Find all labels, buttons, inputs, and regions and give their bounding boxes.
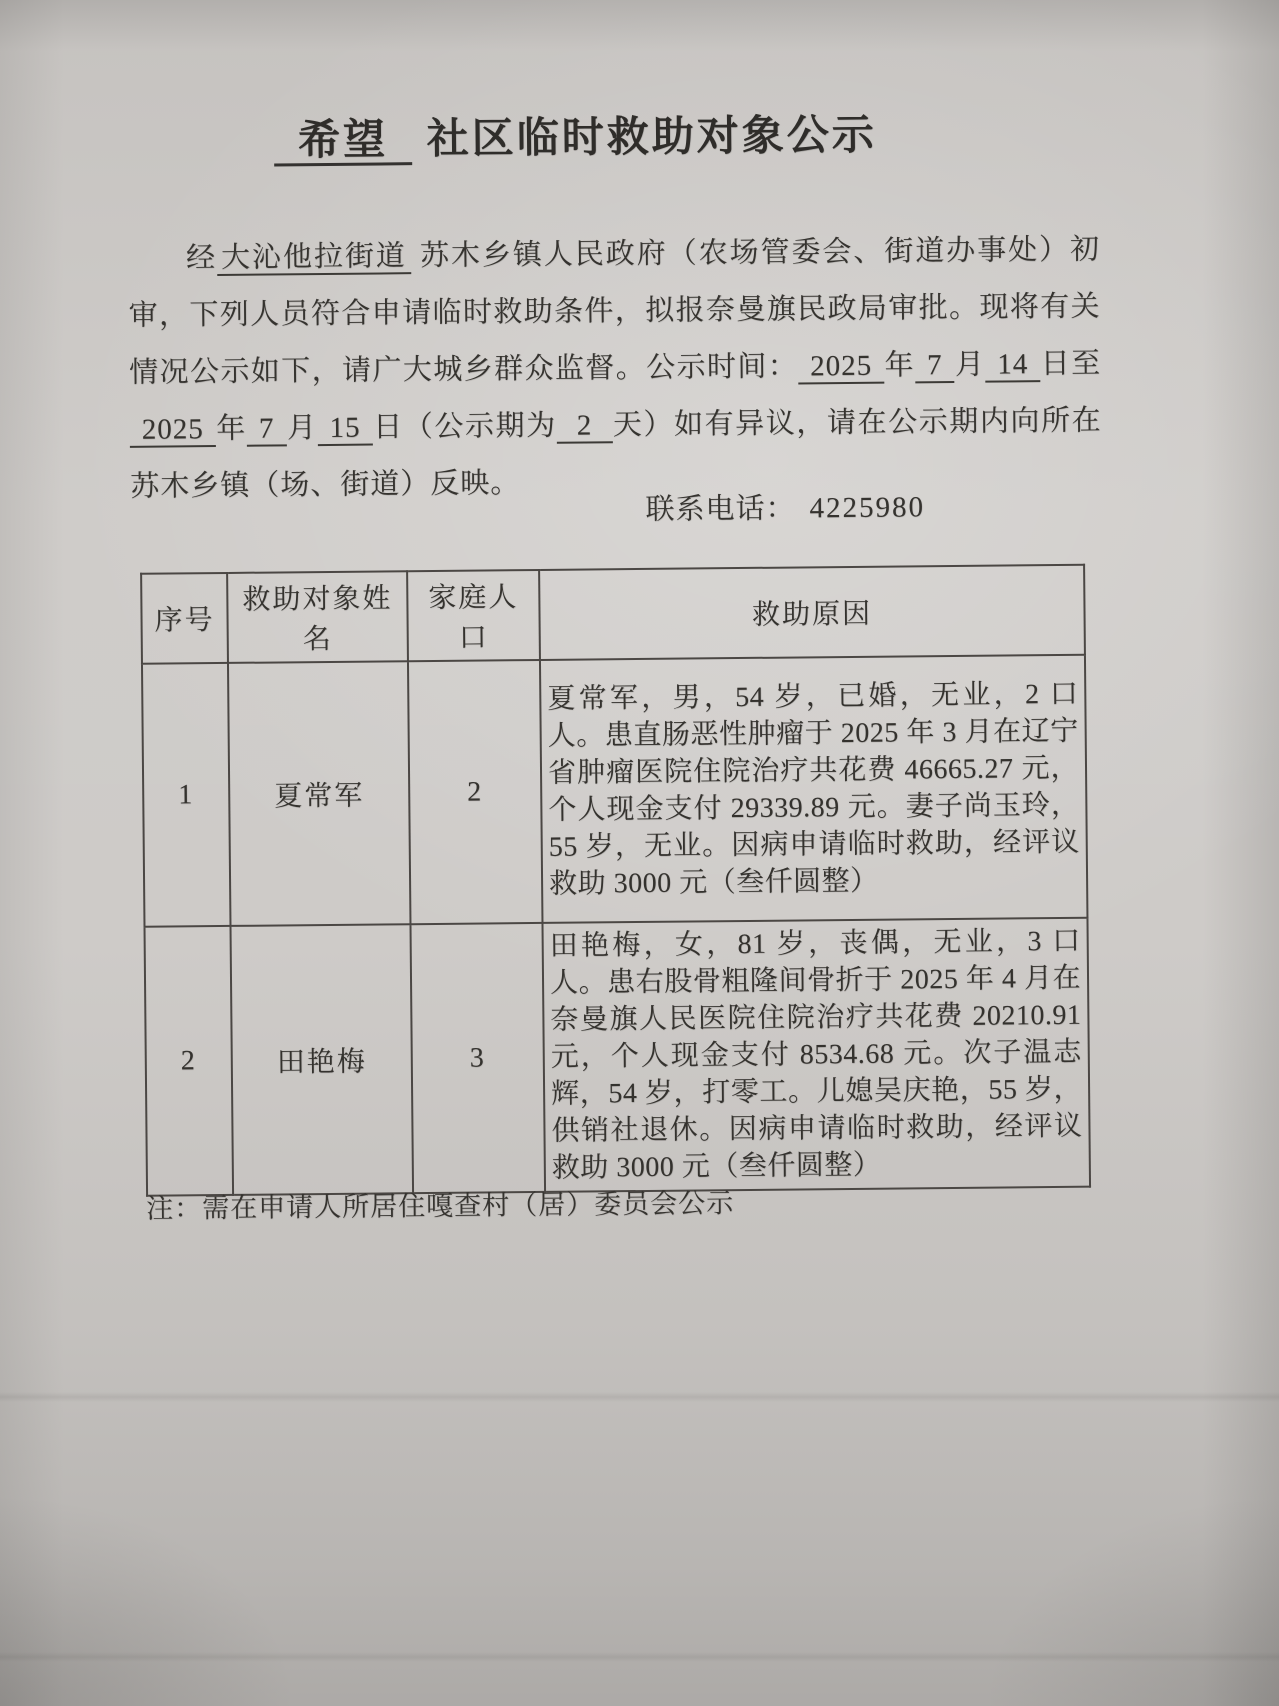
end-year-blank: 2025 [130, 413, 216, 448]
column-header-seq: 序号 [141, 573, 228, 664]
end-day-blank: 15 [317, 412, 372, 447]
footnote: 注：需在申请人所居住嘎查村（居）委员会公示 [146, 1181, 734, 1226]
cell-seq: 1 [142, 663, 231, 927]
start-month-blank: 7 [915, 349, 955, 383]
cell-family-size: 3 [410, 923, 545, 1193]
intro-segment: 年 [884, 349, 915, 381]
intro-paragraph: 经大沁他拉街道 苏木乡镇人民政府（农场管委会、街道办事处）初审，下列人员符合申请… [128, 222, 1103, 516]
street-name-blank: 大沁他拉街道 [217, 240, 411, 276]
start-year-blank: 2025 [798, 350, 884, 385]
contact-label: 联系电话： [645, 492, 795, 525]
table-row: 2 田艳梅 3 田艳梅，女，81 岁，丧偶，无业，3 口人。患右股骨粗隆间骨折于… [145, 918, 1091, 1196]
intro-segment: 年 [216, 413, 247, 445]
table-header-row: 序号 救助对象姓名 家庭人口 救助原因 [141, 565, 1085, 664]
intro-segment: 日至 [1040, 348, 1101, 381]
document-photo: 希望 社区临时救助对象公示 经大沁他拉街道 苏木乡镇人民政府（农场管委会、街道办… [0, 0, 1279, 1706]
intro-segment: 经 [186, 242, 217, 274]
contact-phone-number: 4225980 [809, 491, 925, 524]
cell-seq: 2 [145, 926, 234, 1196]
cell-recipient-name: 夏常军 [228, 661, 411, 926]
intro-segment: 月 [954, 349, 985, 381]
cell-aid-reason: 夏常军，男，54 岁，已婚，无业，2 口人。患直肠恶性肿瘤于 2025 年 3 … [540, 655, 1087, 923]
end-month-blank: 7 [247, 412, 287, 446]
cell-aid-reason: 田艳梅，女，81 岁，丧偶，无业，3 口人。患右股骨粗隆间骨折于 2025 年 … [542, 918, 1090, 1192]
cell-recipient-name: 田艳梅 [231, 924, 414, 1195]
title-text: 社区临时救助对象公示 [427, 111, 877, 162]
intro-segment: 日（公示期为 [372, 410, 556, 444]
cell-family-size: 2 [408, 660, 543, 924]
column-header-recipient-name: 救助对象姓名 [227, 571, 408, 663]
column-header-aid-reason: 救助原因 [539, 565, 1085, 660]
table-row: 1 夏常军 2 夏常军，男，54 岁，已婚，无业，2 口人。患直肠恶性肿瘤于 2… [142, 655, 1087, 927]
duration-days-blank: 2 [557, 409, 613, 444]
start-day-blank: 14 [985, 348, 1040, 383]
intro-segment: 月 [286, 412, 317, 444]
column-header-family-size: 家庭人口 [407, 570, 540, 661]
notice-document: 希望 社区临时救助对象公示 经大沁他拉街道 苏木乡镇人民政府（农场管委会、街道办… [0, 0, 1279, 1706]
contact-line: 联系电话：4225980 [645, 484, 925, 528]
document-title: 希望 社区临时救助对象公示 [0, 99, 1157, 170]
aid-recipients-table: 序号 救助对象姓名 家庭人口 救助原因 1 夏常军 2 夏常军，男，54 岁，已… [140, 564, 1091, 1197]
title-community-name-blank: 希望 [274, 115, 412, 166]
